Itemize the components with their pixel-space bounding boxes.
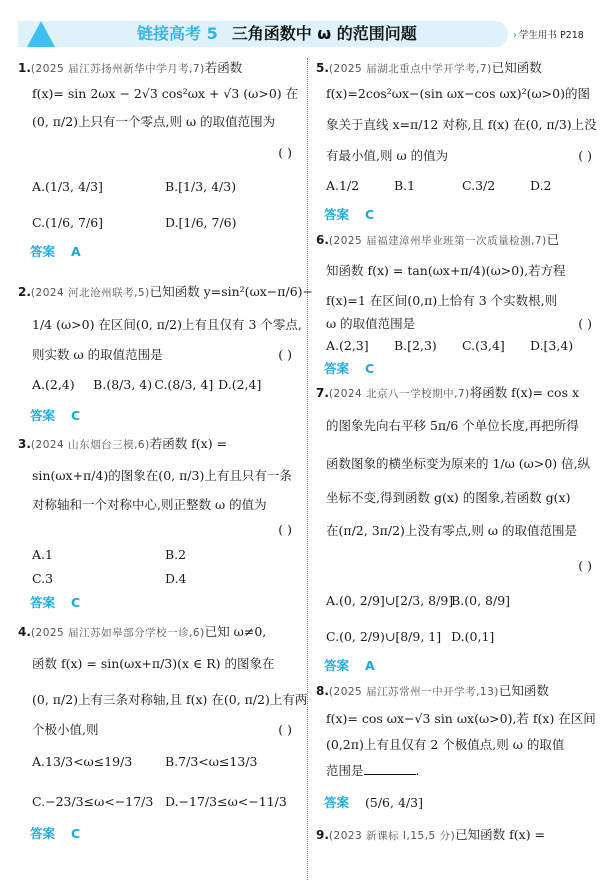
right-column: 5.(2025 届湖北重点中学开学考,7)已知函数 f(x)=2cos²ωx−(…	[316, 56, 598, 849]
answer-line: 答案C	[18, 402, 298, 430]
answer-blank: ( )	[578, 314, 598, 334]
question-9: 9.(2023 新课标 Ⅰ,15,5 分)已知函数 f(x) =	[316, 822, 598, 849]
question-source: (2025 届福建漳州毕业班第一次质量检测,7)	[329, 235, 547, 247]
question-text: 范围是	[326, 763, 364, 778]
option-b: B.[2,3)	[394, 334, 462, 358]
answer-label: 答案	[324, 207, 349, 222]
option-c: C.(1/6, 7/6]	[32, 205, 165, 241]
answer-label: 答案	[30, 826, 55, 841]
question-text: 函数 f(x) = sin(ωx+π/3)(x ∈ R) 的图象在	[18, 646, 298, 682]
answer-blank: ( )	[18, 517, 298, 543]
answer-label: 答案	[30, 408, 55, 423]
answer-value: C	[71, 826, 80, 841]
answer-value: C	[71, 408, 80, 423]
option-d: D.4	[165, 567, 298, 591]
fill-in-blank	[364, 762, 416, 775]
question-text: 若函数 f(x) =	[150, 436, 227, 451]
answer-line: 答案(5/6, 4/3]	[316, 784, 598, 822]
answer-value: A	[71, 244, 81, 259]
question-text: ω 的取值范围是	[326, 316, 415, 331]
answer-label: 答案	[324, 658, 349, 673]
question-text: 1/4 (ω>0) 在区间(0, π/2)上有且仅有 3 个零点,	[18, 308, 298, 342]
answer-label: 答案	[30, 244, 55, 259]
answer-value: C	[365, 207, 374, 222]
question-text: 已知函数 f(x) =	[455, 827, 545, 842]
option-d: D.(2,4]	[218, 368, 282, 402]
option-c: C.3/2	[462, 169, 530, 203]
option-c: C.(3,4]	[462, 334, 530, 358]
question-text: 已知函数	[499, 683, 549, 698]
question-text: 坐标不变,得到函数 g(x) 的图象,若函数 g(x)	[316, 483, 598, 513]
options: A.(0, 2/9]∪[2/3, 8/9] B.(0, 8/9] C.(0, 2…	[316, 583, 598, 655]
question-number: 6.	[316, 233, 329, 247]
option-b: B.[1/3, 4/3)	[165, 169, 298, 205]
options: A.(2,3] B.[2,3) C.(3,4] D.[3,4)	[316, 334, 598, 358]
question-7: 7.(2024 北京八一学校期中,7)将函数 f(x)= cos x 的图象先向…	[316, 380, 598, 677]
answer-value: C	[71, 595, 80, 610]
question-source: (2023 新课标 Ⅰ,15,5 分)	[329, 830, 455, 842]
question-text: sin(ωx+π/4)的图象在(0, π/3)上有且只有一条	[18, 459, 298, 493]
options: A.(2,4) B.(8/3, 4) C.(8/3, 4] D.(2,4]	[18, 368, 298, 402]
answer-value: A	[365, 658, 375, 673]
question-text: (0, π/2)上只有一个零点,则 ω 的取值范围为	[18, 107, 298, 137]
question-text: f(x)= sin 2ωx − 2√3 cos²ωx + √3 (ω>0) 在	[18, 81, 298, 107]
question-5: 5.(2025 届湖北重点中学开学考,7)已知函数 f(x)=2cos²ωx−(…	[316, 56, 598, 227]
option-b: B.(0, 8/9]	[451, 583, 598, 619]
options: A.13/3<ω≤19/3 B.7/3<ω≤13/3 C.−23/3≤ω<−17…	[18, 742, 298, 822]
question-6: 6.(2025 届福建漳州毕业班第一次质量检测,7)已 知函数 f(x) = t…	[316, 227, 598, 380]
left-column: 1.(2025 届江苏扬州新华中学月考,7)若函数 f(x)= sin 2ωx …	[18, 56, 298, 846]
question-number: 9.	[316, 828, 329, 842]
answer-blank: ( )	[316, 549, 598, 583]
option-a: A.1	[32, 543, 165, 567]
question-text: 对称轴和一个对称中心,则正整数 ω 的值为	[18, 493, 298, 517]
option-a: A.(1/3, 4/3]	[32, 169, 165, 205]
option-b: B.(8/3, 4)	[93, 368, 154, 402]
question-source: (2024 山东烟台三模,6)	[31, 439, 150, 451]
answer-blank: ( )	[18, 137, 298, 169]
option-a: A.1/2	[326, 169, 394, 203]
option-a: A.(2,4)	[32, 368, 93, 402]
question-source: (2025 届江苏如皋部分学校一诊,6)	[31, 627, 205, 639]
question-text: (0,2π)上有且仅有 2 个极值点,则 ω 的取值	[316, 732, 598, 758]
question-source: (2025 届江苏扬州新华中学月考,7)	[31, 63, 205, 75]
question-text: f(x)= cos ωx−√3 sin ωx(ω>0),若 f(x) 在区间	[316, 706, 598, 732]
series-label: 链接高考 5	[137, 24, 218, 43]
topic-title: 三角函数中 ω 的范围问题	[232, 24, 417, 43]
question-1: 1.(2025 届江苏扬州新华中学月考,7)若函数 f(x)= sin 2ωx …	[18, 56, 298, 263]
answer-line: 答案C	[18, 591, 298, 615]
option-c: C.3	[32, 567, 165, 591]
question-number: 4.	[18, 625, 31, 639]
answer-label: 答案	[324, 795, 349, 810]
page-title: 链接高考 5三角函数中 ω 的范围问题	[137, 22, 417, 46]
question-source: (2024 河北沧州联考,5)	[31, 287, 150, 299]
question-text: 将函数 f(x)= cos x	[470, 385, 579, 400]
question-text: 已知函数 y=sin²(ωx−π/6)−	[150, 284, 313, 299]
question-8: 8.(2025 届江苏常州一中开学考,13)已知函数 f(x)= cos ωx−…	[316, 677, 598, 822]
answer-label: 答案	[30, 595, 55, 610]
answer-value: (5/6, 4/3]	[365, 795, 423, 810]
question-text: 已	[547, 232, 560, 247]
answer-value: C	[365, 361, 374, 376]
question-text: f(x)=1 在区间(0,π)上恰有 3 个实数根,则	[316, 288, 598, 314]
answer-line: 答案A	[316, 655, 598, 677]
question-source: (2024 北京八一学校期中,7)	[329, 388, 470, 400]
answer-blank: ( )	[278, 718, 298, 742]
textbook-reference: ›学生用书 P218	[513, 27, 584, 41]
question-text: 个极小值,则	[32, 722, 98, 737]
options: A.1/2 B.1 C.3/2 D.2	[316, 169, 598, 203]
question-text: (0, π/2)上有三条对称轴,且 f(x) 在(0, π/2)上有两	[18, 682, 298, 718]
question-text: 知函数 f(x) = tan(ωx+π/4)(ω>0),若方程	[316, 254, 598, 288]
option-d: D.[3,4)	[530, 334, 598, 358]
option-a: A.(0, 2/9]∪[2/3, 8/9]	[326, 583, 451, 619]
question-number: 3.	[18, 437, 31, 451]
question-text: 有最小值,则 ω 的值为	[326, 148, 448, 163]
question-text: f(x)=2cos²ωx−(sin ωx−cos ωx)²(ω>0)的图	[316, 81, 598, 107]
options: A.(1/3, 4/3] B.[1/3, 4/3) C.(1/6, 7/6] D…	[18, 169, 298, 241]
question-text: 象关于直线 x=π/12 对称,且 f(x) 在(0, π/3)上没	[316, 107, 598, 143]
reference-text: 学生用书 P218	[519, 30, 584, 41]
option-b: B.7/3<ω≤13/3	[165, 742, 298, 782]
answer-blank: ( )	[578, 143, 598, 169]
option-c: C.(8/3, 4]	[154, 368, 218, 402]
answer-blank: ( )	[278, 342, 298, 368]
question-3: 3.(2024 山东烟台三模,6)若函数 f(x) = sin(ωx+π/4)的…	[18, 430, 298, 615]
answer-line: 答案C	[18, 822, 298, 846]
chevron-right-icon: ›	[513, 30, 517, 41]
options: A.1 B.2 C.3 D.4	[18, 543, 298, 591]
answer-label: 答案	[324, 361, 349, 376]
answer-line: 答案C	[316, 203, 598, 227]
column-divider	[307, 58, 308, 880]
question-text: 若函数	[205, 60, 243, 75]
option-c: C.(0, 2/9)∪[8/9, 1]	[326, 619, 451, 655]
option-d: D.2	[530, 169, 598, 203]
answer-line: 答案A	[18, 241, 298, 263]
question-number: 1.	[18, 61, 31, 75]
option-d: D.[1/6, 7/6)	[165, 205, 298, 241]
question-number: 7.	[316, 386, 329, 400]
question-text: 已知 ω≠0,	[205, 624, 267, 639]
question-number: 8.	[316, 684, 329, 698]
question-text: 的图象先向右平移 5π/6 个单位长度,再把所得	[316, 407, 598, 445]
option-a: A.(2,3]	[326, 334, 394, 358]
question-text: 已知函数	[492, 60, 542, 75]
option-a: A.13/3<ω≤19/3	[32, 742, 165, 782]
question-source: (2025 届湖北重点中学开学考,7)	[329, 63, 492, 75]
question-text: 函数图象的横坐标变为原来的 1/ω (ω>0) 倍,纵	[316, 445, 598, 483]
option-b: B.1	[394, 169, 462, 203]
option-d: D.−17/3≤ω<−11/3	[165, 782, 298, 822]
option-d: D.(0,1]	[451, 619, 598, 655]
question-text: 则实数 ω 的取值范围是	[32, 347, 163, 362]
question-source: (2025 届江苏常州一中开学考,13)	[329, 686, 499, 698]
option-c: C.−23/3≤ω<−17/3	[32, 782, 165, 822]
answer-line: 答案C	[316, 358, 598, 380]
question-text: 在(π/2, 3π/2)上没有零点,则 ω 的取值范围是	[316, 513, 598, 549]
question-number: 5.	[316, 61, 329, 75]
question-number: 2.	[18, 285, 31, 299]
question-4: 4.(2025 届江苏如皋部分学校一诊,6)已知 ω≠0, 函数 f(x) = …	[18, 619, 298, 846]
option-b: B.2	[165, 543, 298, 567]
question-2: 2.(2024 河北沧州联考,5)已知函数 y=sin²(ωx−π/6)− 1/…	[18, 277, 298, 430]
